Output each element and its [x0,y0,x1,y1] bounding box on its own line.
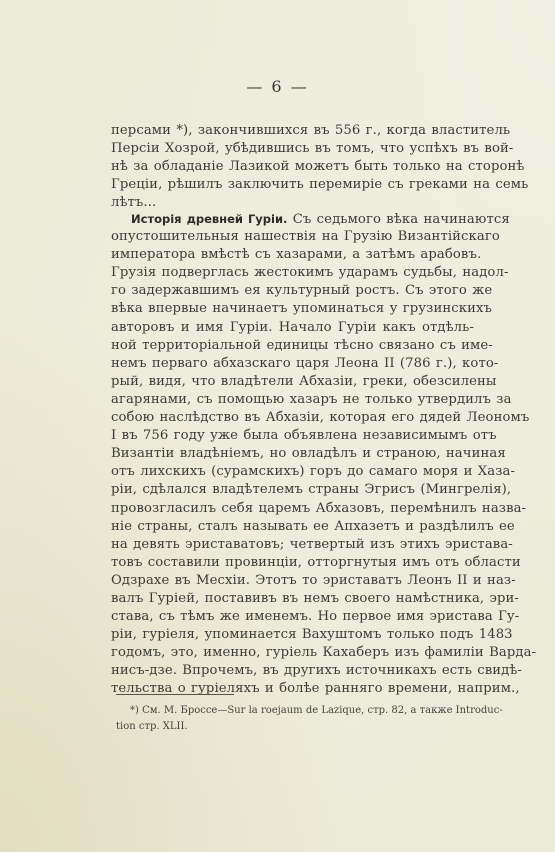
book-page: — 6 — персами *), закончившихся въ 556 г… [0,0,555,852]
text-line: валъ Гуріей, поставивъ въ немъ своего на… [111,590,474,608]
footnote-separator [116,694,234,695]
text-line: рый, видя, что владѣтели Абхазіи, греки,… [111,373,474,391]
text-line: императора вмѣстѣ съ хазарами, а затѣмъ … [111,246,474,264]
text-line: годомъ, это, именно, гуріель Кахаберъ из… [111,644,474,662]
section-history-of-ancient-guria: Исторія древней Гуріи. Съ седьмого вѣка … [111,210,474,699]
text-line: нисъ-дзе. Впрочемъ, въ другихъ источника… [111,662,474,680]
text-line-first: Исторія древней Гуріи. Съ седьмого вѣка … [111,210,474,228]
text-line: тельства о гуріеляхъ и болѣе ранняго вре… [111,680,474,698]
text-line: го задержавшимъ ея культурный ростъ. Съ … [111,282,474,300]
footnote-line: *) См. М. Броссе—Sur la roejaum de Laziq… [116,703,494,719]
text-line: ріи, гуріеля, упоминается Вахуштомъ толь… [111,626,474,644]
text-line: вѣка впервые начинаетъ упоминаться у гру… [111,300,474,318]
text-line: нѣ за обладаніе Лазикой можетъ быть толь… [111,158,474,176]
text-line: отъ лихскихъ (сурамскихъ) горъ до самаго… [111,463,474,481]
page-number: — 6 — [0,77,555,96]
text-line: провозгласилъ себя царемъ Абхазовъ, пере… [111,500,474,518]
text-line: агарянами, съ помощью хазаръ не только у… [111,391,474,409]
text-line: Византіи владѣніемъ, но овладѣлъ и стран… [111,445,474,463]
text-line: авторовъ и имя Гуріи. Начало Гуріи какъ … [111,319,474,337]
footnote-line: tion стр. XLII. [116,719,494,735]
text-line: става, съ тѣмъ же именемъ. Но первое имя… [111,608,474,626]
footnote: *) См. М. Броссе—Sur la roejaum de Laziq… [116,703,494,735]
text-line: товъ составили провинціи, отторгнутыя им… [111,554,474,572]
text-line: I въ 756 году уже была объявлена независ… [111,427,474,445]
text-line: Грузія подверглась жестокимъ ударамъ суд… [111,264,474,282]
text-line: на девять эриставатовъ; четвертый изъ эт… [111,536,474,554]
section-heading: Исторія древней Гуріи. [131,212,287,226]
text-line: Одзрахе въ Месхіи. Этотъ то эриставатъ Л… [111,572,474,590]
text-line: ной территоріальной единицы тѣсно связан… [111,337,474,355]
text-line: Персіи Хозрой, убѣдившись въ томъ, что у… [111,140,474,158]
text-line: собою наслѣдство въ Абхазіи, которая его… [111,409,474,427]
text-line: ніе страны, сталъ называть ее Апхазетъ и… [111,518,474,536]
text-line: ріи, сдѣлался владѣтелемъ страны Эгрисъ … [111,481,474,499]
text-line: Греціи, рѣшилъ заключить перемиріе съ гр… [111,176,474,194]
text-line: немъ перваго абхазскаго царя Леона II (7… [111,355,474,373]
text-line-rest: Съ седьмого вѣка начинаются [293,212,510,227]
text-line: персами *), закончившихся въ 556 г., ког… [111,122,474,140]
paragraph-continuation: персами *), закончившихся въ 556 г., ког… [111,122,474,212]
text-line: опустошительныя нашествія на Грузію Виза… [111,228,474,246]
